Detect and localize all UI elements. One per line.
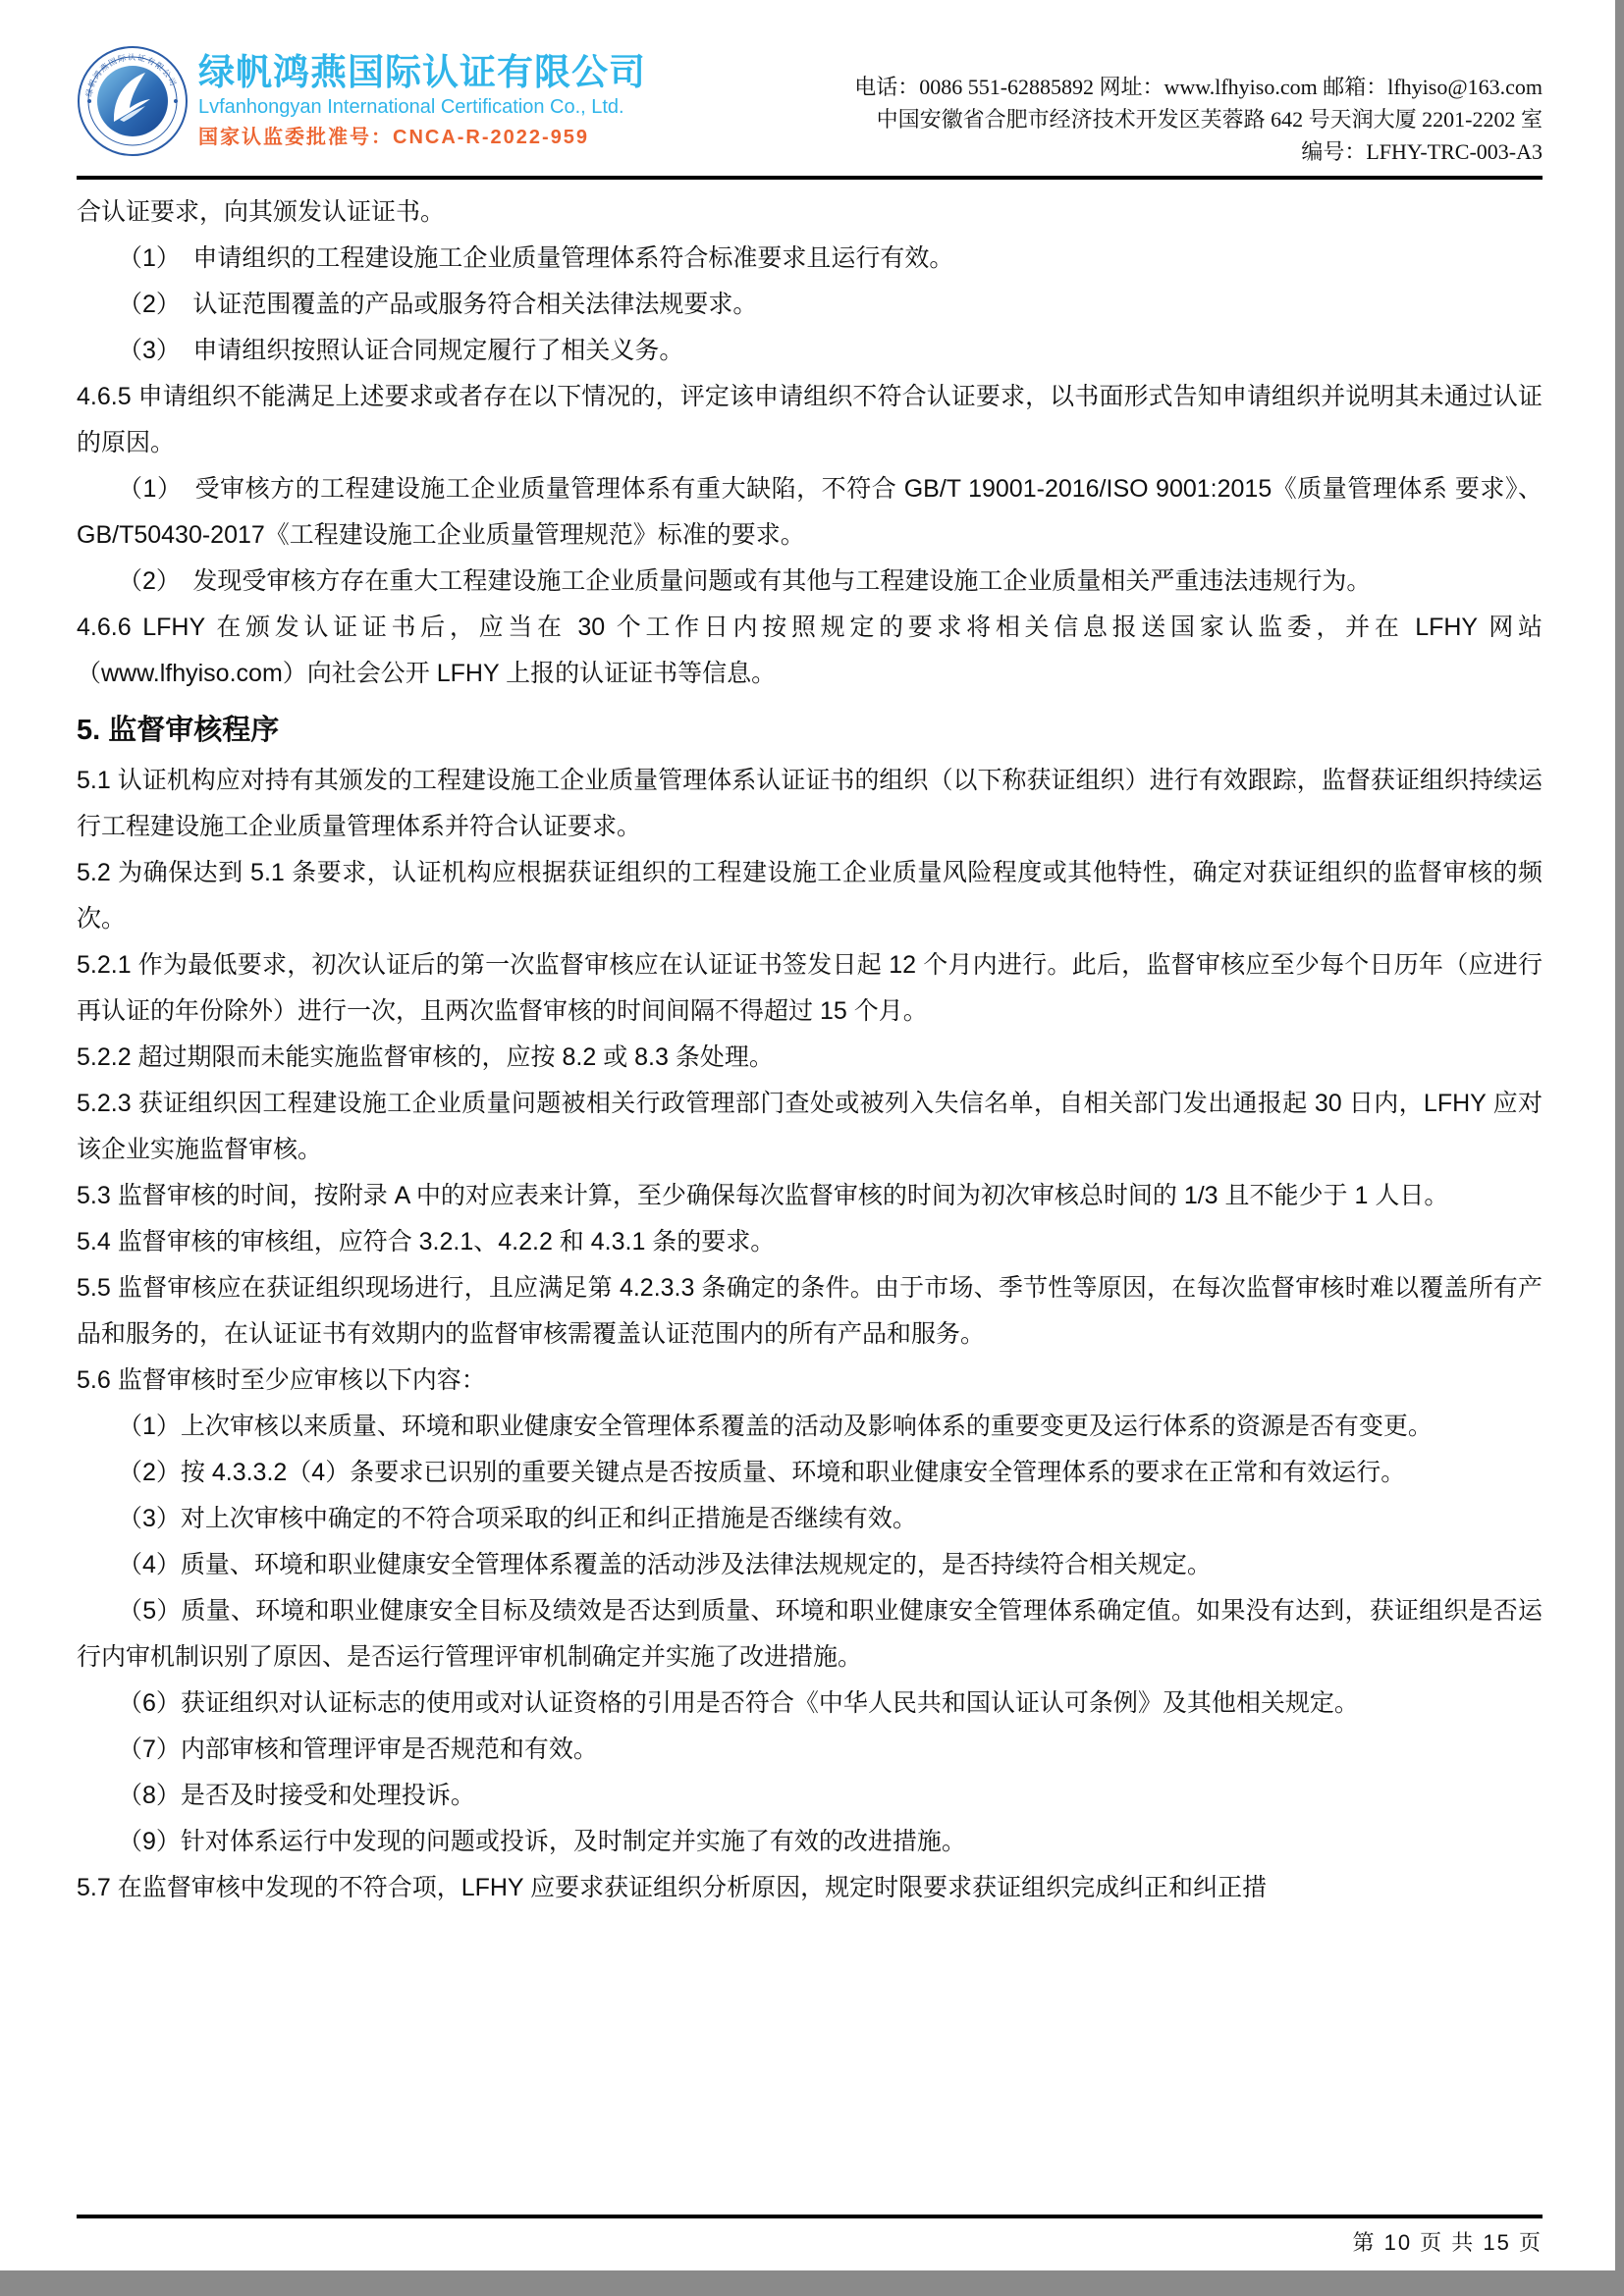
- paragraph-continuation: 合认证要求，向其颁发认证证书。: [77, 189, 1543, 236]
- address-line: 中国安徽省合肥市经济技术开发区芙蓉路 642 号天润大厦 2201-2202 室: [854, 103, 1543, 135]
- clause-item: （2）按 4.3.3.2（4）条要求已识别的重要关键点是否按质量、环境和职业健康…: [77, 1450, 1543, 1496]
- clause-item: （9）针对体系运行中发现的问题或投诉，及时制定并实施了有效的改进措施。: [77, 1819, 1543, 1865]
- document-page: 绿帆鸿燕国际认证有限公司 LVFANHONGYAN CERTIFICATION …: [0, 0, 1615, 2270]
- clause-item: （4）质量、环境和职业健康安全管理体系覆盖的活动涉及法律法规规定的，是否持续符合…: [77, 1542, 1543, 1588]
- clause-item: （2） 认证范围覆盖的产品或服务符合相关法律法规要求。: [77, 282, 1543, 328]
- clause-5-1: 5.1 认证机构应对持有其颁发的工程建设施工企业质量管理体系认证证书的组织（以下…: [77, 758, 1543, 850]
- document-body: 合认证要求，向其颁发认证证书。 （1） 申请组织的工程建设施工企业质量管理体系符…: [77, 189, 1543, 1911]
- clause-5-7: 5.7 在监督审核中发现的不符合项，LFHY 应要求获证组织分析原因，规定时限要…: [77, 1865, 1543, 1911]
- page-footer: 第 10 页 共 15 页: [77, 2215, 1543, 2257]
- company-logo-icon: 绿帆鸿燕国际认证有限公司 LVFANHONGYAN CERTIFICATION …: [77, 45, 189, 157]
- section-heading-5: 5. 监督审核程序: [77, 705, 1543, 756]
- clause-item: （3）对上次审核中确定的不符合项采取的纠正和纠正措施是否继续有效。: [77, 1496, 1543, 1542]
- clause-4-6-5: 4.6.5 申请组织不能满足上述要求或者存在以下情况的，评定该申请组织不符合认证…: [77, 374, 1543, 466]
- clause-5-4: 5.4 监督审核的审核组，应符合 3.2.1、4.2.2 和 4.3.1 条的要…: [77, 1219, 1543, 1265]
- clause-item: （8）是否及时接受和处理投诉。: [77, 1773, 1543, 1819]
- page-header: 绿帆鸿燕国际认证有限公司 LVFANHONGYAN CERTIFICATION …: [0, 0, 1615, 168]
- clause-5-2-3: 5.2.3 获证组织因工程建设施工企业质量问题被相关行政管理部门查处或被列入失信…: [77, 1081, 1543, 1173]
- clause-item: （2） 发现受审核方存在重大工程建设施工企业质量问题或有其他与工程建设施工企业质…: [77, 559, 1543, 605]
- clause-item: （3） 申请组织按照认证合同规定履行了相关义务。: [77, 328, 1543, 374]
- contact-line: 电话：0086 551-62885892 网址：www.lfhyiso.com …: [854, 71, 1543, 103]
- clause-item: （5）质量、环境和职业健康安全目标及绩效是否达到质量、环境和职业健康安全管理体系…: [77, 1588, 1543, 1681]
- clause-item: （1） 申请组织的工程建设施工企业质量管理体系符合标准要求且运行有效。: [77, 236, 1543, 282]
- document-number: 编号：LFHY-TRC-003-A3: [854, 135, 1543, 168]
- clause-item: （1） 受审核方的工程建设施工企业质量管理体系有重大缺陷，不符合 GB/T 19…: [77, 466, 1543, 559]
- clause-5-3: 5.3 监督审核的时间，按附录 A 中的对应表来计算，至少确保每次监督审核的时间…: [77, 1173, 1543, 1219]
- header-divider: [77, 176, 1543, 180]
- clause-5-5: 5.5 监督审核应在获证组织现场进行，且应满足第 4.2.3.3 条确定的条件。…: [77, 1265, 1543, 1358]
- clause-item: （1）上次审核以来质量、环境和职业健康安全管理体系覆盖的活动及影响体系的重要变更…: [77, 1404, 1543, 1450]
- page-number: 第 10 页 共 15 页: [77, 2218, 1543, 2257]
- brand-block: 绿帆鸿燕国际认证有限公司 Lvfanhongyan International …: [198, 45, 646, 151]
- clause-5-2-2: 5.2.2 超过期限而未能实施监督审核的，应按 8.2 或 8.3 条处理。: [77, 1035, 1543, 1081]
- company-name-en: Lvfanhongyan International Certification…: [198, 94, 646, 120]
- header-contact-block: 电话：0086 551-62885892 网址：www.lfhyiso.com …: [854, 45, 1543, 168]
- clause-5-2: 5.2 为确保达到 5.1 条要求，认证机构应根据获证组织的工程建设施工企业质量…: [77, 850, 1543, 942]
- clause-item: （6）获证组织对认证标志的使用或对认证资格的引用是否符合《中华人民共和国认证认可…: [77, 1681, 1543, 1727]
- clause-item: （7）内部审核和管理评审是否规范和有效。: [77, 1727, 1543, 1773]
- company-name-cn: 绿帆鸿燕国际认证有限公司: [198, 51, 646, 94]
- cnca-approval-number: 国家认监委批准号：CNCA-R-2022-959: [198, 124, 646, 151]
- clause-5-2-1: 5.2.1 作为最低要求，初次认证后的第一次监督审核应在认证证书签发日起 12 …: [77, 942, 1543, 1035]
- clause-4-6-6: 4.6.6 LFHY 在颁发认证证书后，应当在 30 个工作日内按照规定的要求将…: [77, 605, 1543, 697]
- clause-5-6: 5.6 监督审核时至少应审核以下内容：: [77, 1358, 1543, 1404]
